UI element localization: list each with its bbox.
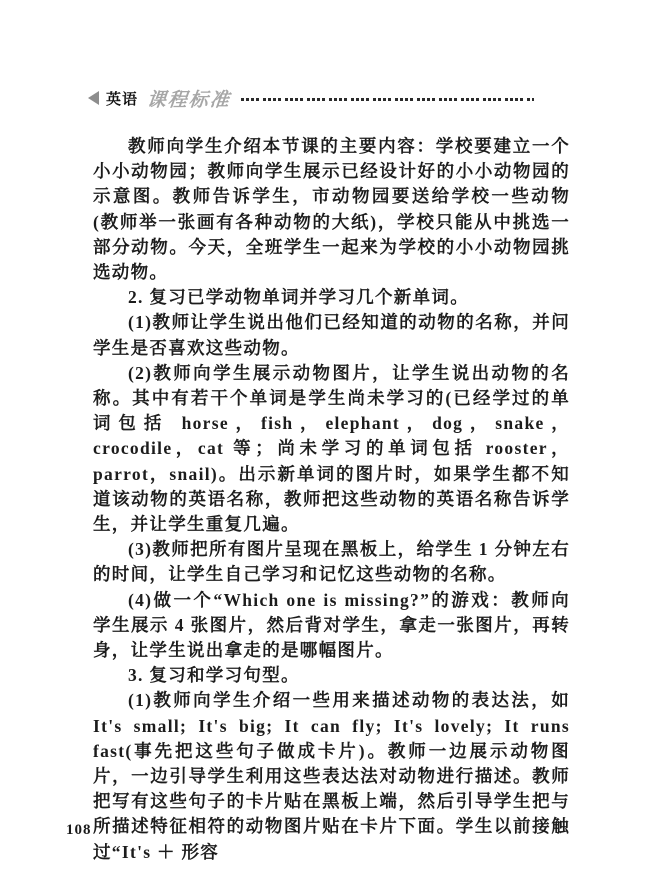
header-subject-label: 英语 — [106, 88, 138, 109]
paragraph-step2-item1: (1)教师让学生说出他们已经知道的动物的名称，并问学生是否喜欢这些动物。 — [93, 310, 570, 360]
paragraph-step2-heading: 2. 复习已学动物单词并学习几个新单词。 — [93, 285, 570, 310]
header-series-title: 课程标准 — [146, 85, 233, 112]
running-head: 英语 课程标准 — [88, 86, 534, 110]
left-triangle-icon — [88, 91, 99, 105]
book-page: 英语 课程标准 教师向学生介绍本节课的主要内容：学校要建立一个小小动物园；教师向… — [0, 0, 668, 891]
page-body-text: 教师向学生介绍本节课的主要内容：学校要建立一个小小动物园；教师向学生展示已经设计… — [93, 134, 570, 865]
paragraph-step2-item4: (4)做一个“Which one is missing?”的游戏：教师向学生展示… — [93, 588, 570, 664]
page-number: 108 — [66, 822, 92, 839]
paragraph-step3-item1: (1)教师向学生介绍一些用来描述动物的表达法，如 It's small; It'… — [93, 688, 570, 864]
paragraph-step3-heading: 3. 复习和学习句型。 — [93, 663, 570, 688]
paragraph-intro: 教师向学生介绍本节课的主要内容：学校要建立一个小小动物园；教师向学生展示已经设计… — [93, 134, 570, 285]
paragraph-step2-item2: (2)教师向学生展示动物图片，让学生说出动物的名称。其中有若干个单词是学生尚未学… — [93, 361, 570, 537]
header-dotted-rule — [241, 98, 534, 101]
paragraph-step2-item3: (3)教师把所有图片呈现在黑板上，给学生 1 分钟左右的时间，让学生自己学习和记… — [93, 537, 570, 587]
